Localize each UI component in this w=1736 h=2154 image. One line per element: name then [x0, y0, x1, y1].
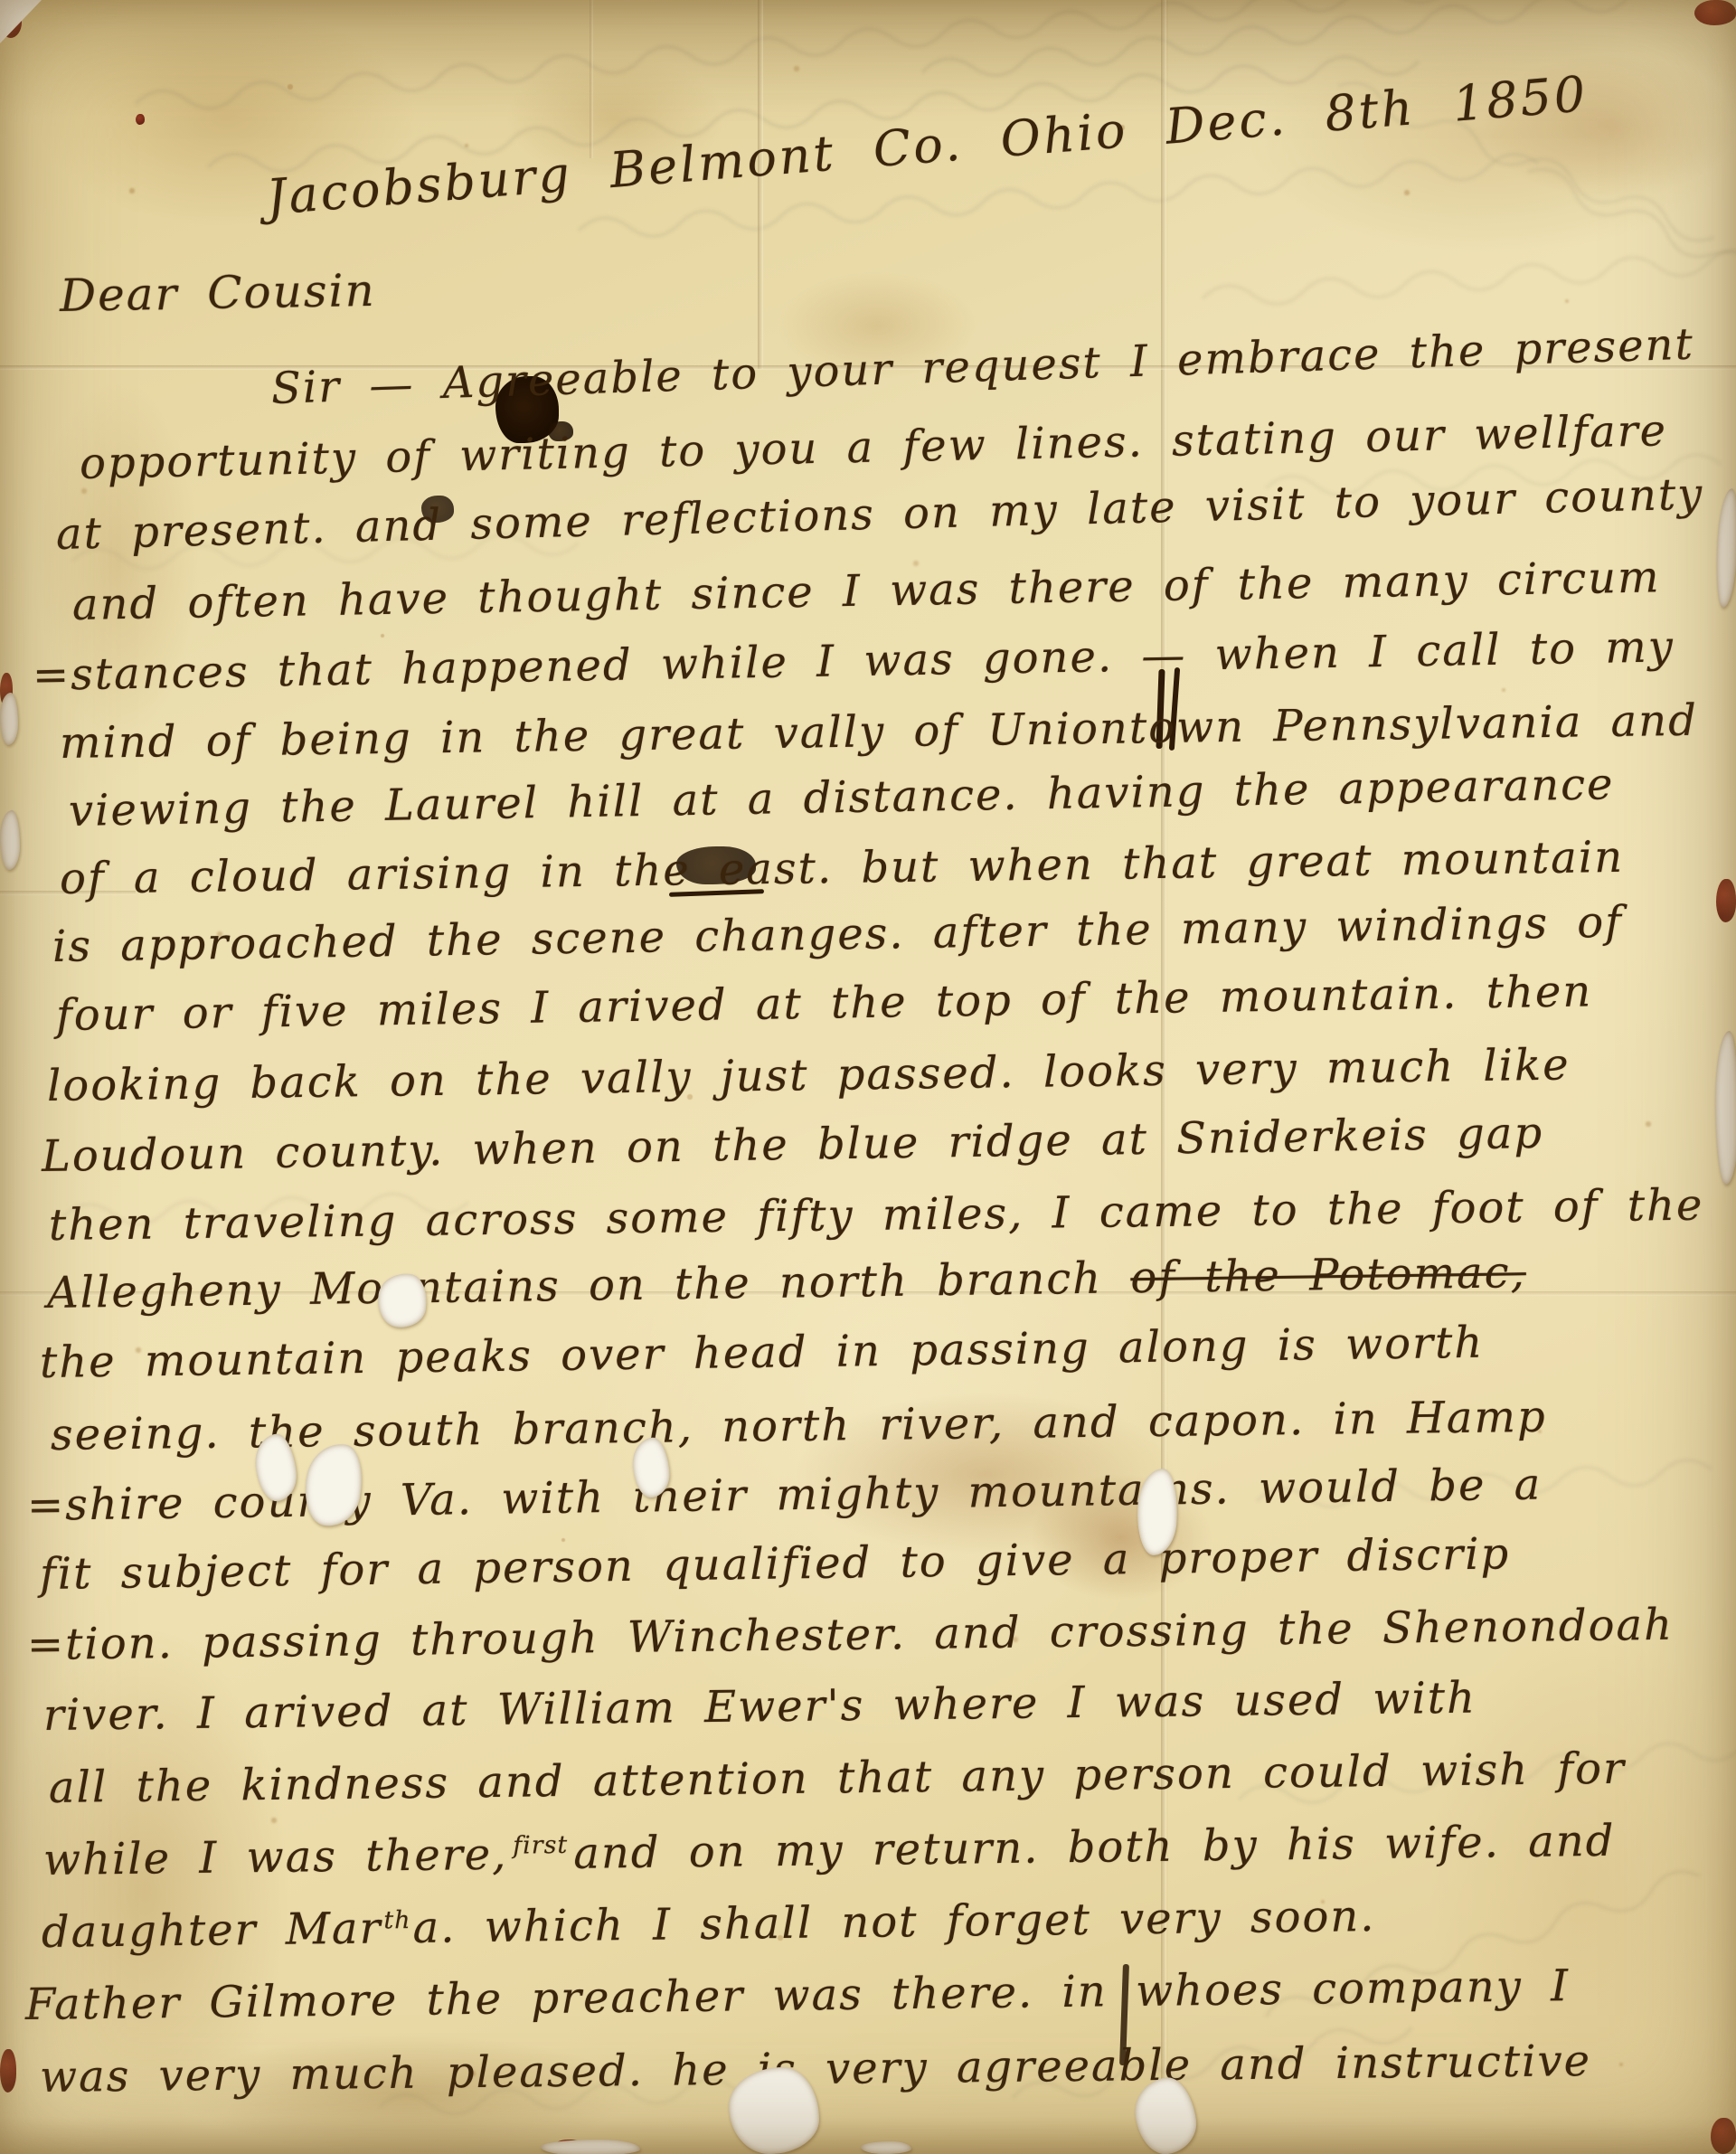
paper-tear	[1715, 1031, 1736, 1185]
letter-line: Father Gilmore the preacher was there. i…	[25, 1963, 1571, 2029]
letter-line: Loudoun county. when on the blue ridge a…	[42, 1110, 1544, 1181]
fold-crease-vertical	[590, 0, 593, 158]
struck-text: of the Potomac,	[1130, 1247, 1526, 1303]
letter-line: then traveling across some fifty miles, …	[49, 1183, 1704, 1250]
sealing-wax-remnant	[1711, 2118, 1736, 2154]
letter-line: Allegheny Mountains on the north branch …	[47, 1250, 1527, 1318]
sealing-wax-remnant	[1694, 0, 1736, 25]
sealing-wax-remnant	[1716, 879, 1736, 922]
letter-line: while I was there,firstand on my return.…	[43, 1819, 1616, 1885]
paper-tear	[0, 810, 20, 870]
paper-tear	[541, 2140, 640, 2154]
letter-line: Sir — Agreeable to your request I embrac…	[270, 322, 1694, 413]
letter-line-text: while I was there,	[43, 1829, 508, 1885]
letter-line: the mountain peaks over head in passing …	[40, 1320, 1485, 1387]
letter-line-text: and on my return. both by his wife. and	[573, 1816, 1616, 1879]
letter-line: at present. and some reflections on my l…	[55, 471, 1704, 558]
letter-line: and often have thought since I was there…	[72, 554, 1661, 628]
letter-line: =tion. passing through Winchester. and c…	[27, 1602, 1675, 1669]
letter-line: daughter Martha. which I shall not forge…	[42, 1894, 1376, 1957]
letter-line-text: daughter Mar	[42, 1903, 382, 1958]
letter-salutation: Dear Cousin	[60, 266, 377, 320]
paper-tear	[0, 0, 42, 43]
letter-line: was very much pleased. he is very agreea…	[40, 2038, 1591, 2102]
paper-tear	[729, 2067, 819, 2154]
letter-scan: Jacobsburg Belmont Co. Ohio Dec. 8th 185…	[0, 0, 1736, 2154]
paper-tear	[1714, 488, 1736, 609]
letter-line: =shire county Va. with their mighty moun…	[27, 1462, 1543, 1530]
paper-tear	[861, 2141, 911, 2154]
letter-line: river. I arived at William Ewer's where …	[43, 1676, 1477, 1740]
letter-line: all the kindness and attention that any …	[49, 1746, 1627, 1812]
letter-line: of a cloud arising in the east. but when…	[60, 835, 1625, 903]
sealing-wax-remnant	[0, 2049, 16, 2093]
letter-heading: Jacobsburg Belmont Co. Ohio Dec. 8th 185…	[265, 68, 1590, 224]
letter-line: viewing the Laurel hill at a distance. h…	[69, 761, 1615, 836]
letter-line-text: Allegheny Mountains on the north branch	[47, 1252, 1131, 1318]
letter-line: four or five miles I arived at the top o…	[56, 968, 1593, 1040]
inserted-letters: th	[383, 1906, 410, 1934]
letter-line-text: a. which I shall not forget very soon.	[412, 1891, 1376, 1953]
letter-line: mind of being in the great vally of Unio…	[60, 698, 1699, 768]
letter-line: looking back on the vally just passed. l…	[47, 1042, 1571, 1110]
paper-tear	[0, 693, 18, 745]
sealing-wax-remnant	[136, 114, 145, 125]
letter-line: fit subject for a person qualified to gi…	[40, 1531, 1511, 1599]
inserted-word: first	[513, 1830, 568, 1859]
letter-line: is approached the scene changes. after t…	[52, 900, 1624, 971]
letter-line: =stances that happened while I was gone.…	[33, 624, 1675, 700]
